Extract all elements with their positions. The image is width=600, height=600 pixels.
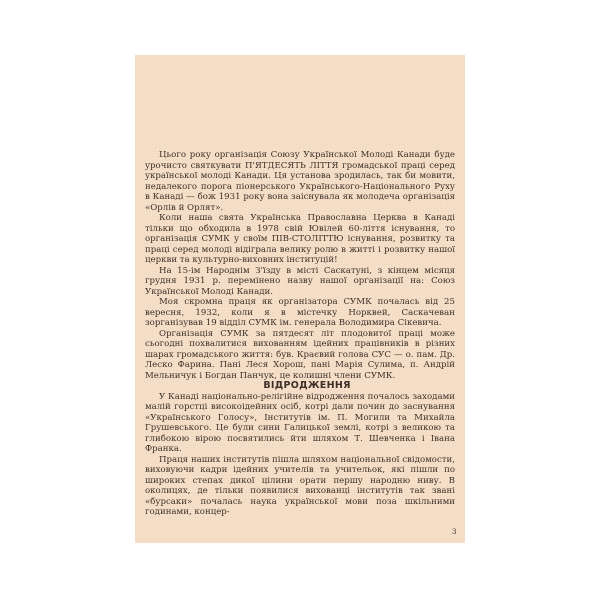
paragraph: Цього року організація Союзу Української… [145, 150, 455, 213]
page-text: Цього року організація Союзу Української… [145, 150, 455, 518]
paragraph: Коли наша свята Українська Православна Ц… [145, 213, 455, 266]
paragraph: Організація СУМК за пятдесят літ плодови… [145, 329, 455, 382]
paragraph: Моя скромна праця як організатора СУМК п… [145, 297, 455, 329]
section-heading: ВІДРОДЖЕННЯ [145, 381, 455, 392]
page-number: 3 [452, 528, 456, 536]
paragraph: Праця наших інститутів пішла шляхом наці… [145, 455, 455, 518]
paragraph: На 15-ім Народнім З'їзду в місті Саскату… [145, 266, 455, 298]
paragraph: У Канаді національно-релігійне відроджен… [145, 392, 455, 455]
